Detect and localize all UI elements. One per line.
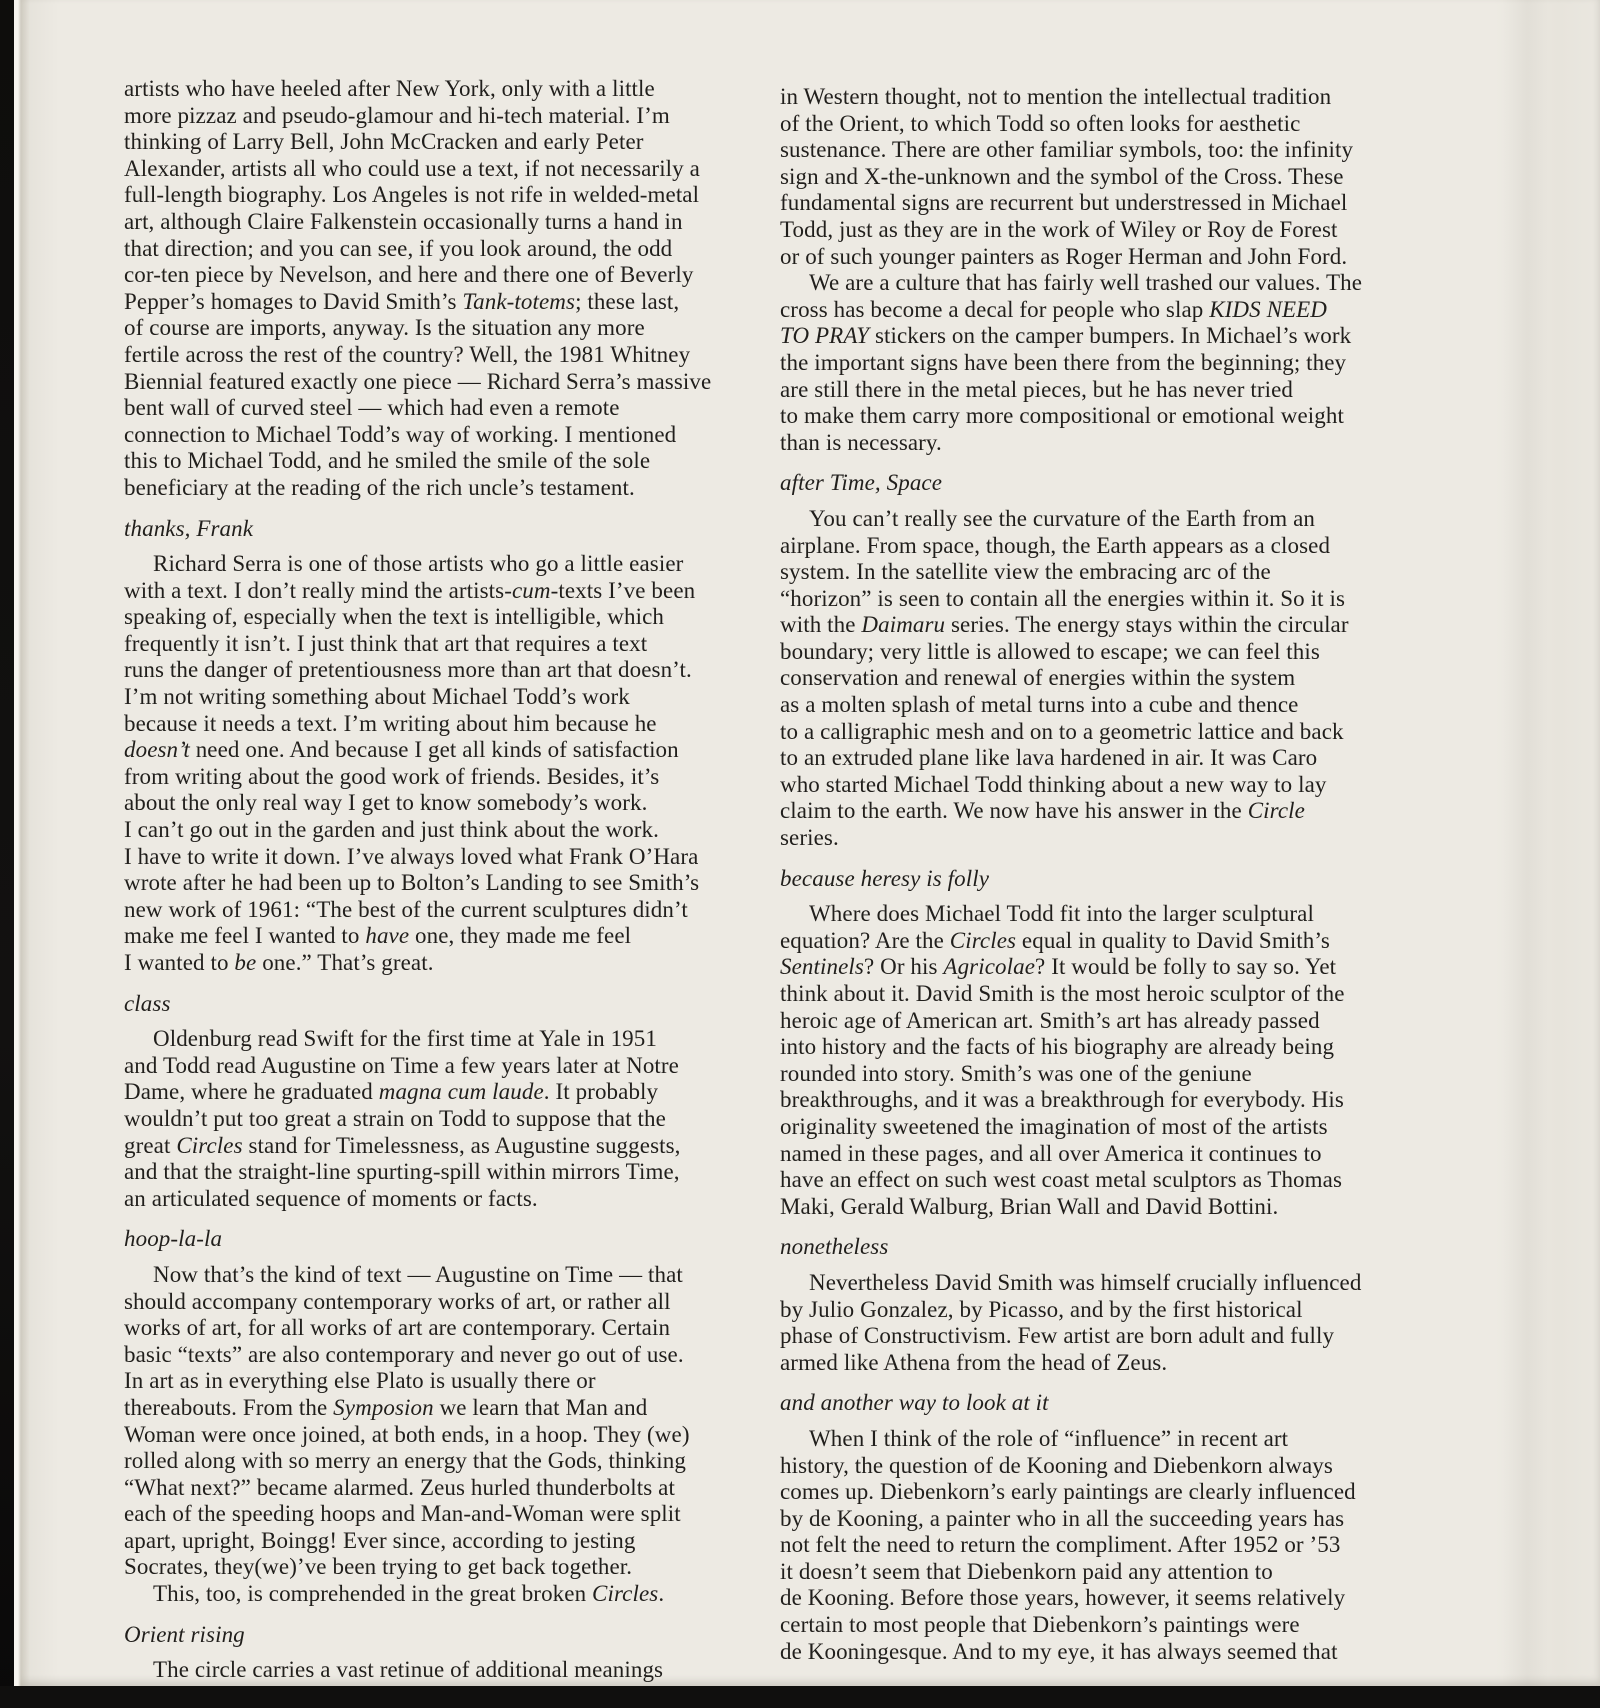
text-segment: Alexander, artists all who could use a t… [124, 156, 700, 181]
text-segment: fertile across the rest of the country? … [124, 342, 690, 367]
text-line: history, the question of de Kooning and … [780, 1453, 1412, 1480]
text-line: beneficiary at the reading of the rich u… [124, 475, 736, 502]
text-segment: not felt the need to return the complime… [780, 1532, 1341, 1557]
text-line: with the Daimaru series. The energy stay… [780, 612, 1412, 639]
italic-text-segment: Agricolae [943, 954, 1035, 979]
text-segment: ? Or his [864, 954, 943, 979]
text-line: In art as in everything else Plato is us… [124, 1368, 736, 1395]
column-left: artists who have heeled after New York, … [124, 76, 736, 1684]
italic-text-segment: cum [512, 578, 551, 603]
paragraph: Now that’s the kind of text — Augustine … [124, 1262, 736, 1581]
italic-text-segment: Symposion [333, 1395, 434, 1420]
text-segment: Where does Michael Todd fit into the lar… [809, 901, 1314, 926]
text-line: thinking of Larry Bell, John McCracken a… [124, 129, 736, 156]
text-line: TO PRAY stickers on the camper bumpers. … [780, 323, 1412, 350]
text-segment: because it needs a text. I’m writing abo… [124, 711, 657, 736]
text-segment: Richard Serra is one of those artists wh… [153, 551, 683, 576]
text-segment: an articulated sequence of moments or fa… [124, 1186, 538, 1211]
text-line: as a molten splash of metal turns into a… [780, 692, 1412, 719]
text-segment: it doesn’t seem that Diebenkorn paid any… [780, 1559, 1273, 1584]
text-segment: artists who have heeled after New York, … [124, 76, 655, 101]
text-line: with a text. I don’t really mind the art… [124, 578, 736, 605]
text-segment: I’m not writing something about Michael … [124, 684, 630, 709]
text-segment: system. In the satellite view the embrac… [780, 559, 1271, 584]
text-line: about the only real way I get to know so… [124, 790, 736, 817]
text-segment: You can’t really see the curvature of th… [809, 506, 1315, 531]
text-line: of the Orient, to which Todd so often lo… [780, 111, 1412, 138]
text-line: because it needs a text. I’m writing abo… [124, 711, 736, 738]
text-line: basic “texts” are also contemporary and … [124, 1342, 736, 1369]
text-line: should accompany contemporary works of a… [124, 1289, 736, 1316]
text-segment: . [658, 1581, 664, 1606]
text-segment: I wanted to [124, 950, 234, 975]
text-line: art, although Claire Falkenstein occasio… [124, 209, 736, 236]
text-segment: that direction; and you can see, if you … [124, 236, 672, 261]
text-line: claim to the earth. We now have his answ… [780, 798, 1412, 825]
text-segment: de Kooning. Before those years, however,… [780, 1585, 1345, 1610]
text-segment: Biennial featured exactly one piece — Ri… [124, 369, 711, 394]
text-segment: are still there in the metal pieces, but… [780, 377, 1293, 402]
text-line: it doesn’t seem that Diebenkorn paid any… [780, 1559, 1412, 1586]
text-line: cross has become a decal for people who … [780, 297, 1412, 324]
text-line: of course are imports, anyway. Is the si… [124, 315, 736, 342]
text-segment: ; these last, [575, 289, 679, 314]
text-line: bent wall of curved steel — which had ev… [124, 395, 736, 422]
text-line: by de Kooning, a painter who in all the … [780, 1506, 1412, 1533]
text-line: equation? Are the Circles equal in quali… [780, 928, 1412, 955]
italic-text-segment: magna cum laude [379, 1079, 544, 1104]
text-line: airplane. From space, though, the Earth … [780, 533, 1412, 560]
italic-text-segment: Circle [1248, 798, 1305, 823]
text-segment: speaking of, especially when the text is… [124, 604, 664, 629]
text-segment: equation? Are the [780, 928, 950, 953]
text-segment: new work of 1961: “The best of the curre… [124, 897, 688, 922]
text-line: Now that’s the kind of text — Augustine … [124, 1262, 736, 1289]
text-segment: The circle carries a vast retinue of add… [153, 1657, 663, 1682]
paragraph: This, too, is comprehended in the great … [124, 1581, 736, 1608]
text-segment: and Todd read Augustine on Time a few ye… [124, 1053, 679, 1078]
section-heading: thanks, Frank [124, 516, 736, 543]
text-line: new work of 1961: “The best of the curre… [124, 897, 736, 924]
text-line: cor-ten piece by Nevelson, and here and … [124, 262, 736, 289]
paragraph: in Western thought, not to mention the i… [780, 84, 1412, 270]
text-line: not felt the need to return the complime… [780, 1532, 1412, 1559]
text-segment: Dame, where he graduated [124, 1079, 379, 1104]
text-line: I’m not writing something about Michael … [124, 684, 736, 711]
text-line: make me feel I wanted to have one, they … [124, 923, 736, 950]
paragraph: The circle carries a vast retinue of add… [124, 1657, 736, 1684]
italic-text-segment: doesn’t [124, 737, 190, 762]
text-line: apart, upright, Boingg! Ever since, acco… [124, 1528, 736, 1555]
text-line: the important signs have been there from… [780, 350, 1412, 377]
text-segment: Nevertheless David Smith was himself cru… [809, 1270, 1361, 1295]
text-segment: “What next?” became alarmed. Zeus hurled… [124, 1475, 675, 1500]
text-segment: claim to the earth. We now have his answ… [780, 798, 1248, 823]
paragraph: Where does Michael Todd fit into the lar… [780, 901, 1412, 1220]
paragraph: You can’t really see the curvature of th… [780, 506, 1412, 852]
text-line: speaking of, especially when the text is… [124, 604, 736, 631]
text-segment: should accompany contemporary works of a… [124, 1289, 671, 1314]
text-segment: Socrates, they(we)’ve been trying to get… [124, 1554, 632, 1579]
text-segment: by de Kooning, a painter who in all the … [780, 1506, 1344, 1531]
text-segment: Woman were once joined, at both ends, in… [124, 1422, 690, 1447]
text-segment: great [124, 1133, 176, 1158]
text-line: by Julio Gonzalez, by Picasso, and by th… [780, 1297, 1412, 1324]
text-segment: stickers on the camper bumpers. In Micha… [869, 323, 1351, 348]
italic-text-segment: Circles [592, 1581, 658, 1606]
text-segment: of course are imports, anyway. Is the si… [124, 315, 645, 340]
text-segment: to make them carry more compositional or… [780, 403, 1344, 428]
text-segment: by Julio Gonzalez, by Picasso, and by th… [780, 1297, 1303, 1322]
text-line: originality sweetened the imagination of… [780, 1114, 1412, 1141]
text-line: Dame, where he graduated magna cum laude… [124, 1079, 736, 1106]
text-segment: to a calligraphic mesh and on to a geome… [780, 719, 1344, 744]
text-line: artists who have heeled after New York, … [124, 76, 736, 103]
text-segment: with the [780, 612, 861, 637]
text-line: When I think of the role of “influence” … [780, 1426, 1412, 1453]
text-segment: stand for Timelessness, as Augustine sug… [243, 1133, 681, 1158]
text-line: rolled along with so merry an energy tha… [124, 1448, 736, 1475]
text-segment: than is necessary. [780, 430, 942, 455]
text-segment: sustenance. There are other familiar sym… [780, 137, 1353, 162]
text-line: or of such younger painters as Roger Her… [780, 244, 1412, 271]
text-segment: Todd, just as they are in the work of Wi… [780, 217, 1338, 242]
text-segment: wrote after he had been up to Bolton’s L… [124, 870, 699, 895]
text-segment: connection to Michael Todd’s way of work… [124, 422, 676, 447]
text-segment: think about it. David Smith is the most … [780, 981, 1345, 1006]
text-segment: . It probably [544, 1079, 658, 1104]
text-segment: one.” That’s great. [256, 950, 433, 975]
text-line: think about it. David Smith is the most … [780, 981, 1412, 1008]
italic-text-segment: Sentinels [780, 954, 864, 979]
italic-text-segment: TO PRAY [780, 323, 869, 348]
text-segment: airplane. From space, though, the Earth … [780, 533, 1330, 558]
text-segment: phase of Constructivism. Few artist are … [780, 1323, 1334, 1348]
text-segment: basic “texts” are also contemporary and … [124, 1342, 684, 1367]
text-line: are still there in the metal pieces, but… [780, 377, 1412, 404]
text-line: thereabouts. From the Symposion we learn… [124, 1395, 736, 1422]
text-segment: thinking of Larry Bell, John McCracken a… [124, 129, 644, 154]
text-segment: I can’t go out in the garden and just th… [124, 817, 659, 842]
scan-background-left-strip [0, 0, 14, 1708]
section-heading: and another way to look at it [780, 1390, 1412, 1417]
text-segment: This, too, is comprehended in the great … [153, 1581, 592, 1606]
text-line: “What next?” became alarmed. Zeus hurled… [124, 1475, 736, 1502]
text-line: Where does Michael Todd fit into the lar… [780, 901, 1412, 928]
text-line: connection to Michael Todd’s way of work… [124, 422, 736, 449]
text-segment: rounded into story. Smith’s was one of t… [780, 1061, 1252, 1086]
text-line: more pizzaz and pseudo-glamour and hi-te… [124, 103, 736, 130]
italic-text-segment: KIDS NEED [1209, 297, 1327, 322]
text-segment: rolled along with so merry an energy tha… [124, 1448, 686, 1473]
text-line: de Kooningesque. And to my eye, it has a… [780, 1639, 1412, 1666]
text-segment: named in these pages, and all over Ameri… [780, 1141, 1322, 1166]
text-segment: art, although Claire Falkenstein occasio… [124, 209, 683, 234]
text-segment: about the only real way I get to know so… [124, 790, 647, 815]
text-line: system. In the satellite view the embrac… [780, 559, 1412, 586]
section-heading: class [124, 991, 736, 1018]
text-segment: history, the question of de Kooning and … [780, 1453, 1333, 1478]
text-segment: into history and the facts of his biogra… [780, 1034, 1334, 1059]
text-line: to an extruded plane like lava hardened … [780, 745, 1412, 772]
text-line: rounded into story. Smith’s was one of t… [780, 1061, 1412, 1088]
section-heading: nonetheless [780, 1234, 1412, 1261]
text-line: de Kooning. Before those years, however,… [780, 1585, 1412, 1612]
text-segment: one, they made me feel [409, 923, 631, 948]
text-segment: Maki, Gerald Walburg, Brian Wall and Dav… [780, 1194, 1278, 1219]
text-segment: armed like Athena from the head of Zeus. [780, 1350, 1167, 1375]
text-segment: from writing about the good work of frie… [124, 764, 659, 789]
text-segment: have an effect on such west coast metal … [780, 1167, 1342, 1192]
text-line: Woman were once joined, at both ends, in… [124, 1422, 736, 1449]
text-line: armed like Athena from the head of Zeus. [780, 1350, 1412, 1377]
text-line: doesn’t need one. And because I get all … [124, 737, 736, 764]
text-segment: cross has become a decal for people who … [780, 297, 1209, 322]
italic-text-segment: Circles [176, 1133, 242, 1158]
text-segment: equal in quality to David Smith’s [1016, 928, 1330, 953]
text-line: series. [780, 825, 1412, 852]
text-line: and that the straight-line spurting-spil… [124, 1159, 736, 1186]
text-line: to make them carry more compositional or… [780, 403, 1412, 430]
text-segment: who started Michael Todd thinking about … [780, 772, 1327, 797]
text-segment: fundamental signs are recurrent but unde… [780, 190, 1347, 215]
text-line: full-length biography. Los Angeles is no… [124, 182, 736, 209]
text-line: wrote after he had been up to Bolton’s L… [124, 870, 736, 897]
column-right: in Western thought, not to mention the i… [780, 84, 1412, 1665]
text-segment: We are a culture that has fairly well tr… [809, 270, 1362, 295]
text-segment: boundary; very little is allowed to esca… [780, 639, 1320, 664]
text-line: We are a culture that has fairly well tr… [780, 270, 1412, 297]
text-line: and Todd read Augustine on Time a few ye… [124, 1053, 736, 1080]
paragraph: artists who have heeled after New York, … [124, 76, 736, 502]
text-line: Oldenburg read Swift for the first time … [124, 1026, 736, 1053]
text-line: this to Michael Todd, and he smiled the … [124, 448, 736, 475]
text-line: I wanted to be one.” That’s great. [124, 950, 736, 977]
text-segment: Oldenburg read Swift for the first time … [153, 1026, 657, 1051]
text-line: who started Michael Todd thinking about … [780, 772, 1412, 799]
text-segment: conservation and renewal of energies wit… [780, 665, 1295, 690]
paper-sheet: artists who have heeled after New York, … [14, 0, 1600, 1686]
text-segment: with a text. I don’t really mind the art… [124, 578, 512, 603]
text-segment: or of such younger painters as Roger Her… [780, 244, 1347, 269]
italic-text-segment: Daimaru [861, 612, 945, 637]
text-line: fundamental signs are recurrent but unde… [780, 190, 1412, 217]
text-line: wouldn’t put too great a strain on Todd … [124, 1106, 736, 1133]
text-line: named in these pages, and all over Ameri… [780, 1141, 1412, 1168]
text-segment: of the Orient, to which Todd so often lo… [780, 111, 1300, 136]
text-segment: de Kooningesque. And to my eye, it has a… [780, 1639, 1338, 1664]
text-segment: cor-ten piece by Nevelson, and here and … [124, 262, 693, 287]
text-line: You can’t really see the curvature of th… [780, 506, 1412, 533]
text-segment: bent wall of curved steel — which had ev… [124, 395, 620, 420]
text-line: sign and X-the-unknown and the symbol of… [780, 164, 1412, 191]
text-segment: “horizon” is seen to contain all the ene… [780, 586, 1345, 611]
text-line: certain to most people that Diebenkorn’s… [780, 1612, 1412, 1639]
paragraph: We are a culture that has fairly well tr… [780, 270, 1412, 456]
text-line: works of art, for all works of art are c… [124, 1315, 736, 1342]
paragraph: When I think of the role of “influence” … [780, 1426, 1412, 1665]
text-line: conservation and renewal of energies wit… [780, 665, 1412, 692]
text-segment: Now that’s the kind of text — Augustine … [153, 1262, 683, 1287]
text-line: comes up. Diebenkorn’s early paintings a… [780, 1479, 1412, 1506]
text-line: frequently it isn’t. I just think that a… [124, 631, 736, 658]
text-line: I have to write it down. I’ve always lov… [124, 844, 736, 871]
text-segment: runs the danger of pretentiousness more … [124, 657, 692, 682]
italic-text-segment: Tank-totems [462, 289, 575, 314]
italic-text-segment: have [365, 923, 409, 948]
text-segment: and that the straight-line spurting-spil… [124, 1159, 680, 1184]
text-segment: ? It would be folly to say so. Yet [1035, 954, 1336, 979]
scan-background-bottom-strip [0, 1686, 1600, 1708]
text-line: into history and the facts of his biogra… [780, 1034, 1412, 1061]
text-segment: series. [780, 825, 839, 850]
section-heading: because heresy is folly [780, 866, 1412, 893]
text-line: have an effect on such west coast metal … [780, 1167, 1412, 1194]
text-segment: each of the speeding hoops and Man-and-W… [124, 1501, 681, 1526]
text-segment: Pepper’s homages to David Smith’s [124, 289, 462, 314]
text-line: This, too, is comprehended in the great … [124, 1581, 736, 1608]
text-segment: certain to most people that Diebenkorn’s… [780, 1612, 1300, 1637]
text-segment: thereabouts. From the [124, 1395, 333, 1420]
text-line: sustenance. There are other familiar sym… [780, 137, 1412, 164]
text-line: The circle carries a vast retinue of add… [124, 1657, 736, 1684]
section-heading: after Time, Space [780, 470, 1412, 497]
text-segment: we learn that Man and [434, 1395, 648, 1420]
text-segment: more pizzaz and pseudo-glamour and hi-te… [124, 103, 670, 128]
text-segment: heroic age of American art. Smith’s art … [780, 1008, 1320, 1033]
text-line: Pepper’s homages to David Smith’s Tank-t… [124, 289, 736, 316]
text-line: Richard Serra is one of those artists wh… [124, 551, 736, 578]
section-heading: Orient rising [124, 1622, 736, 1649]
text-segment: When I think of the role of “influence” … [809, 1426, 1288, 1451]
text-segment: breakthroughs, and it was a breakthrough… [780, 1087, 1344, 1112]
text-segment: works of art, for all works of art are c… [124, 1315, 670, 1340]
italic-text-segment: be [234, 950, 256, 975]
text-segment: this to Michael Todd, and he smiled the … [124, 448, 650, 473]
text-segment: need one. And because I get all kinds of… [190, 737, 679, 762]
text-segment: as a molten splash of metal turns into a… [780, 692, 1298, 717]
text-segment: in Western thought, not to mention the i… [780, 84, 1331, 109]
text-line: Alexander, artists all who could use a t… [124, 156, 736, 183]
text-line: an articulated sequence of moments or fa… [124, 1186, 736, 1213]
text-line: in Western thought, not to mention the i… [780, 84, 1412, 111]
text-segment: comes up. Diebenkorn’s early paintings a… [780, 1479, 1356, 1504]
text-segment: the important signs have been there from… [780, 350, 1346, 375]
text-line: Todd, just as they are in the work of Wi… [780, 217, 1412, 244]
text-segment: originality sweetened the imagination of… [780, 1114, 1328, 1139]
text-segment: to an extruded plane like lava hardened … [780, 745, 1317, 770]
text-line: that direction; and you can see, if you … [124, 236, 736, 263]
text-line: I can’t go out in the garden and just th… [124, 817, 736, 844]
text-line: Maki, Gerald Walburg, Brian Wall and Dav… [780, 1194, 1412, 1221]
text-segment: wouldn’t put too great a strain on Todd … [124, 1106, 666, 1131]
text-segment: full-length biography. Los Angeles is no… [124, 182, 699, 207]
text-line: Biennial featured exactly one piece — Ri… [124, 369, 736, 396]
paragraph: Richard Serra is one of those artists wh… [124, 551, 736, 977]
text-segment: series. The energy stays within the circ… [945, 612, 1348, 637]
text-line: breakthroughs, and it was a breakthrough… [780, 1087, 1412, 1114]
text-line: Sentinels? Or his Agricolae? It would be… [780, 954, 1412, 981]
paragraph: Oldenburg read Swift for the first time … [124, 1026, 736, 1212]
text-segment: sign and X-the-unknown and the symbol of… [780, 164, 1344, 189]
text-segment: frequently it isn’t. I just think that a… [124, 631, 647, 656]
text-line: “horizon” is seen to contain all the ene… [780, 586, 1412, 613]
paragraph: Nevertheless David Smith was himself cru… [780, 1270, 1412, 1376]
text-line: to a calligraphic mesh and on to a geome… [780, 719, 1412, 746]
text-line: great Circles stand for Timelessness, as… [124, 1133, 736, 1160]
text-segment: make me feel I wanted to [124, 923, 365, 948]
section-heading: hoop-la-la [124, 1226, 736, 1253]
text-line: Socrates, they(we)’ve been trying to get… [124, 1554, 736, 1581]
text-segment: I have to write it down. I’ve always lov… [124, 844, 698, 869]
text-segment: apart, upright, Boingg! Ever since, acco… [124, 1528, 635, 1553]
italic-text-segment: Circles [950, 928, 1016, 953]
text-line: from writing about the good work of frie… [124, 764, 736, 791]
text-line: than is necessary. [780, 430, 1412, 457]
text-line: boundary; very little is allowed to esca… [780, 639, 1412, 666]
text-segment: In art as in everything else Plato is us… [124, 1368, 596, 1393]
text-segment: -texts I’ve been [551, 578, 696, 603]
text-line: each of the speeding hoops and Man-and-W… [124, 1501, 736, 1528]
text-segment: beneficiary at the reading of the rich u… [124, 475, 635, 500]
text-line: Nevertheless David Smith was himself cru… [780, 1270, 1412, 1297]
text-line: fertile across the rest of the country? … [124, 342, 736, 369]
text-line: phase of Constructivism. Few artist are … [780, 1323, 1412, 1350]
text-line: runs the danger of pretentiousness more … [124, 657, 736, 684]
text-line: heroic age of American art. Smith’s art … [780, 1008, 1412, 1035]
